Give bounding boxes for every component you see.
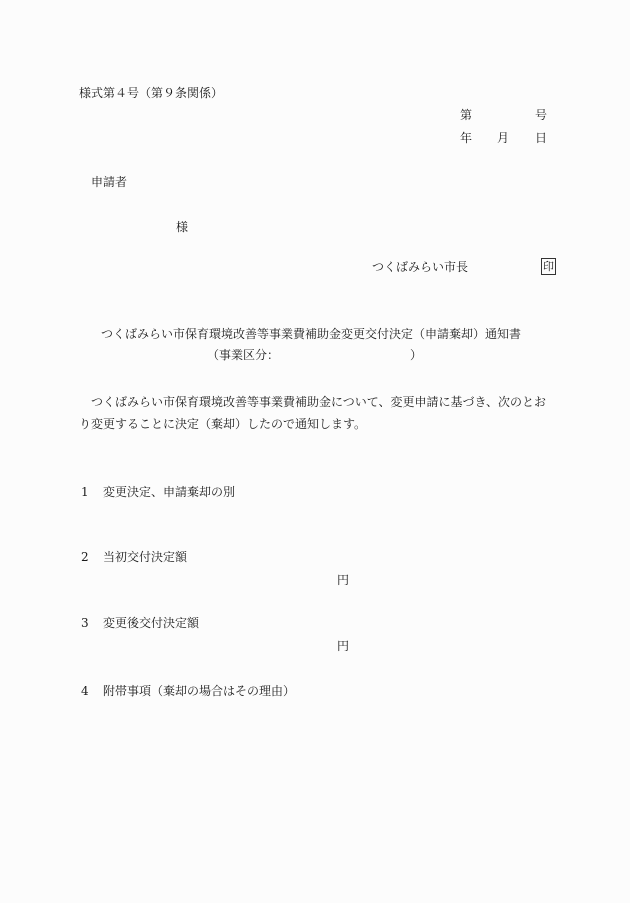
item-3-unit: 円 bbox=[337, 639, 349, 653]
date-day-label: 日 bbox=[535, 131, 547, 145]
date-month-label: 月 bbox=[497, 131, 509, 145]
form-number: 様式第４号（第９条関係） bbox=[79, 86, 223, 100]
item-3-number: 3 bbox=[81, 616, 89, 630]
recipient-honorific: 様 bbox=[176, 220, 188, 234]
seal-stamp-icon: 印 bbox=[541, 258, 556, 275]
recipient-label: 申請者 bbox=[91, 175, 127, 189]
reference-number-suffix: 号 bbox=[535, 108, 547, 122]
document-title: つくばみらい市保育環境改善等事業費補助金変更交付決定（申請棄却）通知書 bbox=[101, 327, 521, 341]
item-2-number: 2 bbox=[81, 550, 89, 564]
body-text-line-1: つくばみらい市保育環境改善等事業費補助金について、変更申請に基づき、次のとお bbox=[91, 395, 546, 409]
business-category-open: （事業区分： bbox=[207, 348, 279, 362]
item-4-number: 4 bbox=[81, 684, 89, 698]
reference-number-prefix: 第 bbox=[460, 108, 472, 122]
date-year-label: 年 bbox=[460, 131, 472, 145]
body-text-line-2: り変更することに決定（棄却）したので通知します。 bbox=[79, 417, 366, 431]
item-2-label: 当初交付決定額 bbox=[103, 550, 187, 564]
issuer-title: つくばみらい市長 bbox=[372, 260, 468, 274]
item-1-label: 変更決定、申請棄却の別 bbox=[103, 485, 235, 499]
item-3-label: 変更後交付決定額 bbox=[103, 616, 199, 630]
item-2-unit: 円 bbox=[337, 573, 349, 587]
business-category-close: ） bbox=[410, 348, 422, 362]
item-1-number: 1 bbox=[81, 485, 89, 499]
item-4-label: 附帯事項（棄却の場合はその理由） bbox=[103, 684, 295, 698]
